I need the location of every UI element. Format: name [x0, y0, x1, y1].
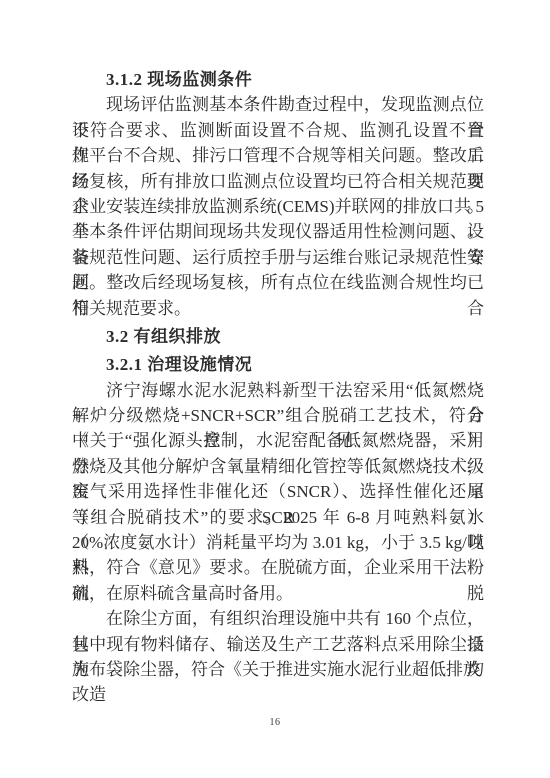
- text-line: 燃烧及其他分解炉含氧量精细化管控等低氮燃烧技术，窑尾: [72, 454, 484, 479]
- text-line: 基本条件评估期间现场共发现仪器适用性检测问题、设备安: [72, 219, 484, 244]
- text-line: 其中现有物料储存、输送及生产工艺落料点采用除尘设施均: [72, 632, 484, 657]
- text-line: 作平台不合规、排污口管理不合规等相关问题。整改后经现: [72, 143, 484, 168]
- text-line: 现场评估监测基本条件勘查过程中，发现监测点位设置: [72, 92, 484, 117]
- text-line: 解炉分级燃烧+SNCR+SCR”组合脱硝工艺技术，符合《意见》: [72, 403, 484, 428]
- page-text-block: 3.1.2 现场监测条件现场评估监测基本条件勘查过程中，发现监测点位设置不符合要…: [72, 64, 484, 682]
- text-line: 场复核，所有排放口监测点位设置均已符合相关规范要求。: [72, 169, 484, 194]
- document-page: 3.1.2 现场监测条件现场评估监测基本条件勘查过程中，发现监测点位设置不符合要…: [0, 0, 550, 778]
- text-line: 在除尘方面，有组织治理设施中共有 160 个点位，包括: [72, 606, 484, 631]
- text-line: 装规范性问题、运行质控手册与运维台账记录规范性等问: [72, 245, 484, 270]
- text-line: 济宁海螺水泥水泥熟料新型干法窑采用“低氮燃烧+分: [72, 378, 484, 403]
- text-line: 不符合要求、监测断面设置不合规、监测孔设置不合规、工: [72, 118, 484, 143]
- text-line: 料，符合《意见》要求。在脱硫方面，企业采用干法粉剂脱: [72, 555, 484, 580]
- text-line: 20%浓度氨水计）消耗量平均为 3.01 kg，小于 3.5 kg/吨熟: [72, 530, 484, 555]
- text-line: 废气采用选择性非催化还（SNCR）、选择性催化还原（SCR）: [72, 479, 484, 504]
- text-line: 为布袋除尘器，符合《关于推进实施水泥行业超低排放改造: [72, 657, 484, 682]
- page-number: 16: [0, 717, 550, 728]
- text-line: 企业安装连续排放监测系统(CEMS)并联网的排放口共 5 个。: [72, 194, 484, 219]
- section-heading: 3.1.2 现场监测条件: [72, 67, 484, 92]
- text-line: 等组合脱硝技术”的要求。2025 年 6-8 月吨熟料氨水（以: [72, 505, 484, 530]
- section-heading: 3.2 有组织排放: [72, 324, 484, 349]
- section-heading: 3.2.1 治理设施情况: [72, 352, 484, 377]
- text-line: 中关于“强化源头控制，水泥窑配备低氮燃烧器，采用分级: [72, 428, 484, 453]
- text-line: 题。整改后经现场复核，所有点位在线监测合规性均已符合: [72, 270, 484, 295]
